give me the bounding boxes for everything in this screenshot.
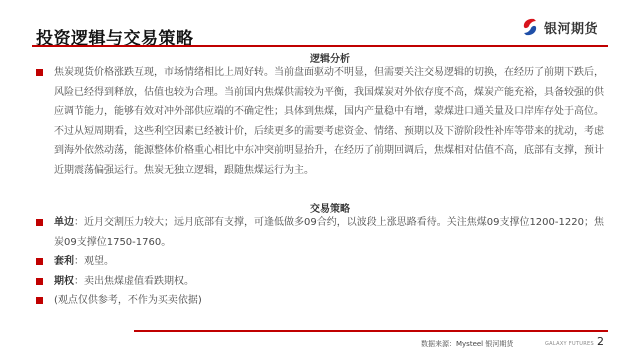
footer-brand: GALAXY FUTURES (545, 341, 594, 347)
strategy-text: 观望。 (84, 256, 114, 267)
header-divider (32, 45, 608, 47)
galaxy-futures-logo-icon (520, 17, 540, 37)
bullet-square-icon (36, 219, 43, 226)
bullet-square-icon (36, 258, 43, 265)
page-number: 2 (597, 335, 604, 348)
strategy-separator: ： (74, 256, 84, 267)
bullet-square-icon (36, 297, 43, 304)
logo-text: 银河期货 (544, 18, 598, 37)
disclaimer-text: (观点仅供参考，不作为买卖依据) (54, 295, 202, 306)
slide: 投资逻辑与交易策略 银河期货 逻辑分析 焦炭现货价格涨跌互现，市场情绪相比上周好… (0, 0, 640, 360)
strategy-separator: ： (74, 276, 84, 287)
list-item: 焦炭现货价格涨跌互现，市场情绪相比上周好转。当前盘面驱动不明显，但需要关注交易逻… (36, 63, 611, 180)
list-item-options: 期权：卖出焦煤虚值看跌期权。 (36, 272, 611, 292)
strategy-label: 套利 (54, 256, 74, 267)
list-item-arbitrage: 套利：观望。 (36, 252, 611, 272)
strategy-label: 期权 (54, 276, 74, 287)
company-logo: 银河期货 (520, 17, 598, 37)
bullet-square-icon (36, 278, 43, 285)
data-source: 数据来源：Mysteel 银河期货 (421, 339, 513, 349)
strategy-text: 近月交割压力较大；远月底部有支撑，可逢低做多09合约，以波段上涨思路看待。关注焦… (54, 217, 604, 248)
list-item-disclaimer: (观点仅供参考，不作为买卖依据) (36, 291, 611, 311)
footer-divider (134, 330, 608, 332)
logic-paragraph: 焦炭现货价格涨跌互现，市场情绪相比上周好转。当前盘面驱动不明显，但需要关注交易逻… (54, 67, 604, 176)
trading-strategy-list: 单边：近月交割压力较大；远月底部有支撑，可逢低做多09合约，以波段上涨思路看待。… (36, 213, 611, 311)
strategy-separator: ： (74, 217, 84, 228)
bullet-square-icon (36, 69, 43, 76)
logic-analysis-list: 焦炭现货价格涨跌互现，市场情绪相比上周好转。当前盘面驱动不明显，但需要关注交易逻… (36, 63, 611, 180)
strategy-label: 单边 (54, 217, 74, 228)
list-item-single-side: 单边：近月交割压力较大；远月底部有支撑，可逢低做多09合约，以波段上涨思路看待。… (36, 213, 611, 252)
strategy-text: 卖出焦煤虚值看跌期权。 (84, 276, 194, 287)
